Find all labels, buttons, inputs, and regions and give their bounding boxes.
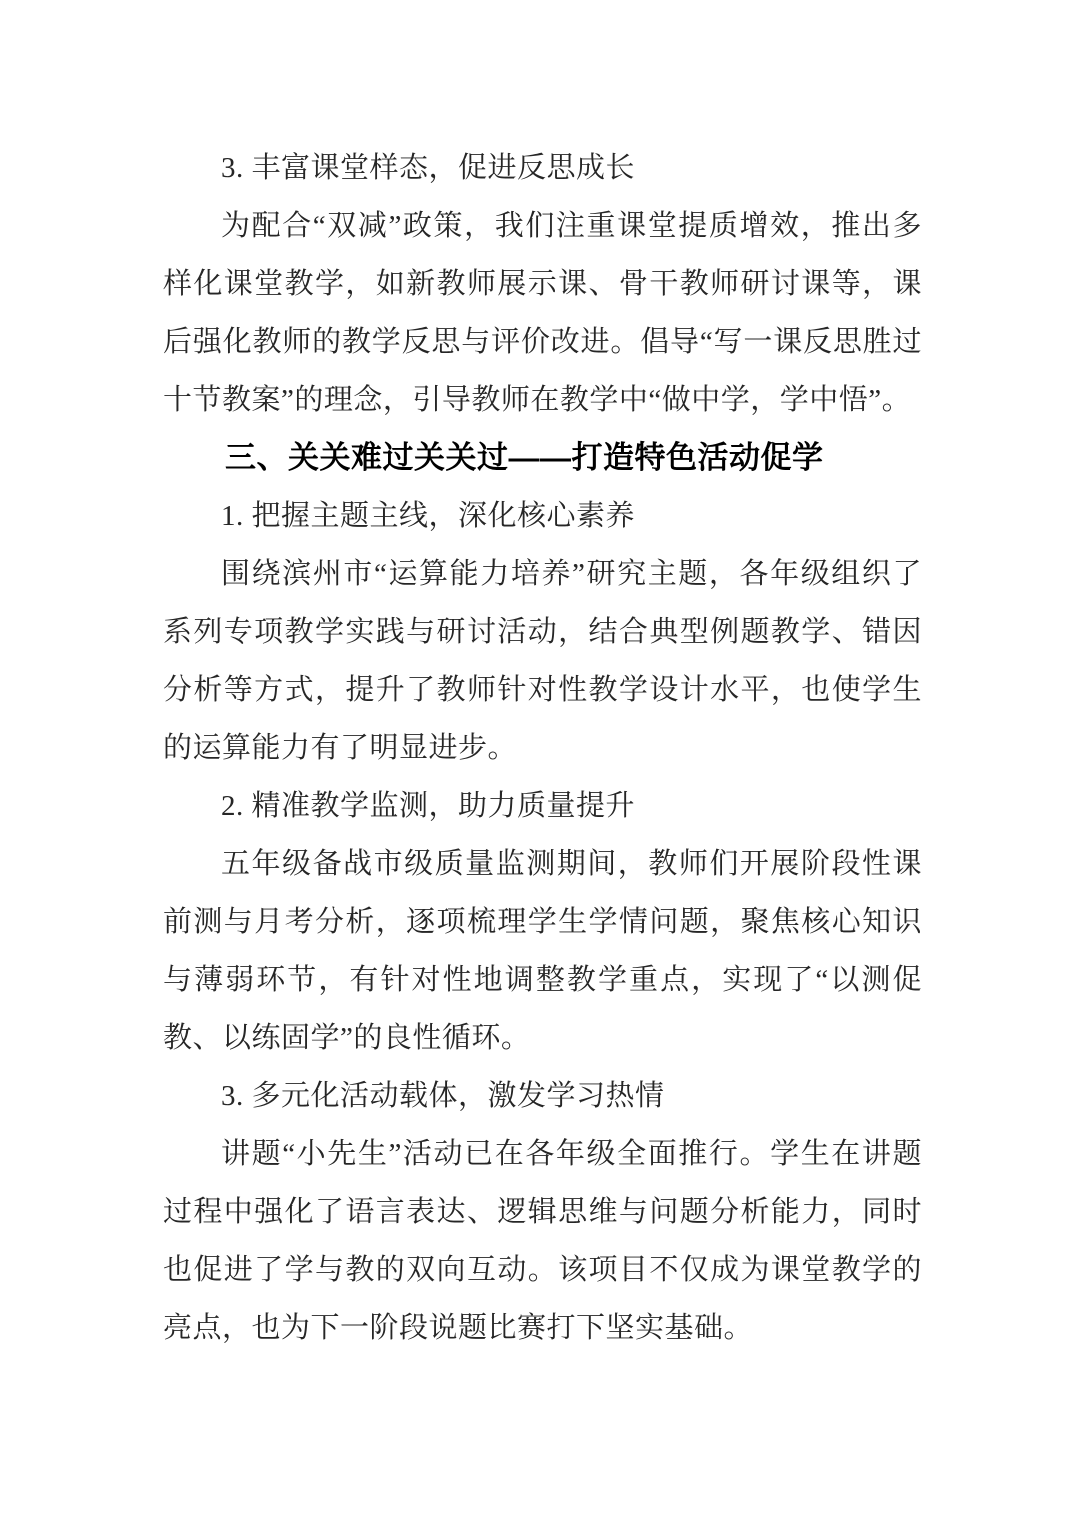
document-page: 3. 丰富课堂样态，促进反思成长 为配合“双减”政策，我们注重课堂提质增效，推出… [0, 0, 1080, 1528]
section-heading: 三、关关难过关关过——打造特色活动促学 [163, 429, 922, 487]
subsection-title: 1. 把握主题主线，深化核心素养 [163, 487, 922, 545]
subsection-title: 2. 精准教学监测，助力质量提升 [163, 777, 922, 835]
body-paragraph: 为配合“双减”政策，我们注重课堂提质增效，推出多样化课堂教学，如新教师展示课、骨… [163, 197, 922, 429]
body-paragraph: 围绕滨州市“运算能力培养”研究主题，各年级组织了系列专项教学实践与研讨活动，结合… [163, 545, 922, 777]
body-paragraph: 五年级备战市级质量监测期间，教师们开展阶段性课前测与月考分析，逐项梳理学生学情问… [163, 835, 922, 1067]
subsection-title: 3. 丰富课堂样态，促进反思成长 [163, 139, 922, 197]
document-body: 3. 丰富课堂样态，促进反思成长 为配合“双减”政策，我们注重课堂提质增效，推出… [163, 139, 922, 1357]
subsection-title: 3. 多元化活动载体，激发学习热情 [163, 1067, 922, 1125]
body-paragraph: 讲题“小先生”活动已在各年级全面推行。学生在讲题过程中强化了语言表达、逻辑思维与… [163, 1125, 922, 1357]
